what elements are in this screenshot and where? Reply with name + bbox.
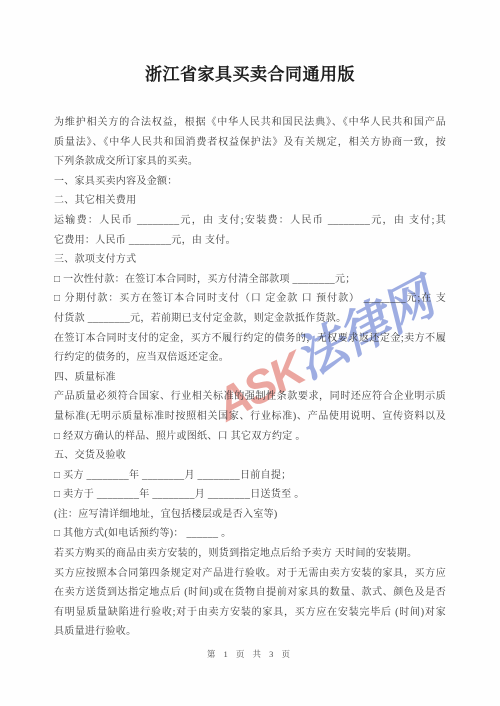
contract-line: 行约定的债务的，应当双倍返还定金。 bbox=[54, 348, 446, 368]
document-page: ASK法律网 浙江省家具买卖合同通用版 为维护相关方的合法权益，根据《中华人民共… bbox=[0, 0, 500, 706]
section-heading: 五、交货及验收 bbox=[54, 446, 446, 466]
section-heading: 三、款项支付方式 bbox=[54, 250, 446, 270]
contract-line: 量标准(无明示质量标准时按照相关国家、行业标准)、产品使用说明、宣传资料以及 bbox=[54, 407, 446, 427]
contract-line: 付货款 ________元，若前期已支付定金款，则定金款抵作货款。 bbox=[54, 309, 446, 329]
note-line: (注：应写清详细地址，宜包括楼层或是否入室等) bbox=[54, 505, 446, 525]
checkbox-line: □ 经双方确认的样品、照片或图纸、口 其它双方约定 。 bbox=[54, 427, 446, 447]
contract-line: 产品质量必须符合国家、行业相关标准的强制性条款要求，同时还应符合企业明示质 bbox=[54, 387, 446, 407]
contract-line: 质量法》、《中华人民共和国消费者权益保护法》及有关规定，相关方协商一致，按 bbox=[54, 133, 446, 153]
section-heading: 一、家具买卖内容及金额： bbox=[54, 172, 446, 192]
checkbox-line: □ 其他方式(如电话预约等)： ______ 。 bbox=[54, 524, 446, 544]
page-number: 第 1 页 共 3 页 bbox=[0, 648, 500, 660]
section-heading: 四、质量标准 bbox=[54, 368, 446, 388]
section-heading: 二、其它相关费用 bbox=[54, 191, 446, 211]
contract-line: 运输费：人民币 ________元，由 支付;安装费：人民币 ________元… bbox=[54, 211, 446, 231]
checkbox-line: □ 买方 ________年 ________月 ________日前自提； bbox=[54, 466, 446, 486]
contract-line: 有明显质量缺陷进行验收;对于由卖方安装的家具，买方应在安装完毕后 (时间)对家 bbox=[54, 603, 446, 623]
checkbox-line: □ 分期付款：买方在签订本合同时支付（口 定金款 口 预付款） ________… bbox=[54, 289, 446, 309]
contract-line: 买方应按照本合同第四条规定对产品进行验收。对于无需由卖方安装的家具，买方应 bbox=[54, 564, 446, 584]
contract-line: 在签订本合同时支付的定金，买方不履行约定的债务的，无权要求返还定金;卖方不履 bbox=[54, 329, 446, 349]
contract-body: 为维护相关方的合法权益，根据《中华人民共和国民法典》、《中华人民共和国产品 质量… bbox=[54, 113, 446, 642]
contract-line: 具质量进行验收。 bbox=[54, 622, 446, 642]
contract-line: 它费用：人民币 ________元，由 支付。 bbox=[54, 231, 446, 251]
contract-title: 浙江省家具买卖合同通用版 bbox=[0, 0, 500, 85]
contract-line: 下列条款成交所订家具的买卖。 bbox=[54, 152, 446, 172]
contract-line: 在卖方送货到达指定地点后 (时间)或在货物自提前对家具的数量、款式、颜色及是否 bbox=[54, 583, 446, 603]
contract-line: 为维护相关方的合法权益，根据《中华人民共和国民法典》、《中华人民共和国产品 bbox=[54, 113, 446, 133]
checkbox-line: □ 卖方于 ________年 ________月 ________日送货至 。 bbox=[54, 485, 446, 505]
checkbox-line: □ 一次性付款：在签订本合同时，买方付清全部款项 ________元； bbox=[54, 270, 446, 290]
contract-line: 若买方购买的商品由卖方安装的，则货到指定地点后给予卖方 天时间的安装期。 bbox=[54, 544, 446, 564]
